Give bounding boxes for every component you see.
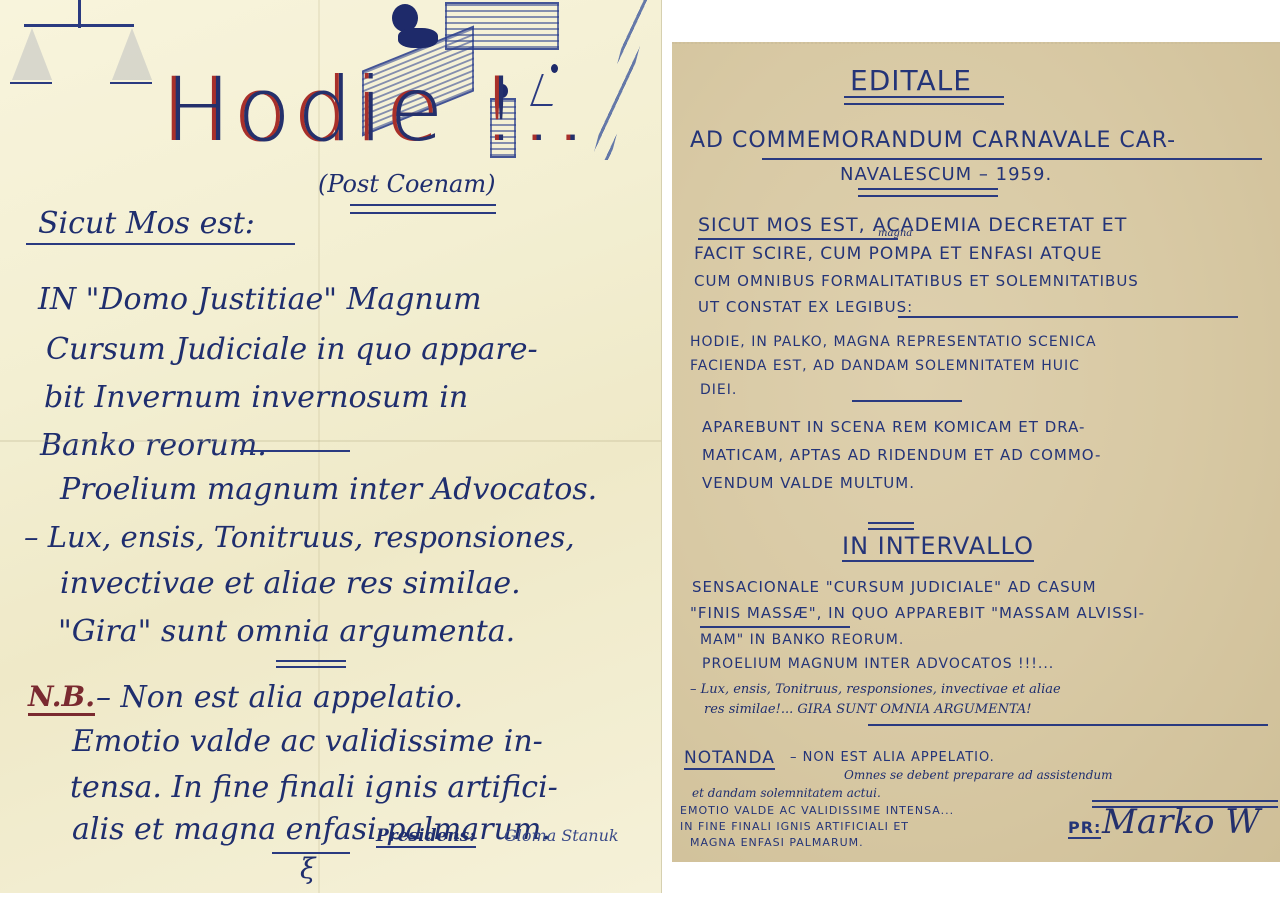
body-line: Banko reorum. [40, 428, 267, 463]
nb-label: N.B. [28, 680, 95, 716]
para1-line: DIEI. [700, 382, 737, 398]
intro-line: FACIT SCIRE, CUM POMPA ET ENFASI ATQUE [694, 244, 1102, 264]
para1-line: FACIENDA EST, AD DANDAM SOLEMNITATEM HUI… [690, 358, 1080, 374]
rule-line [700, 626, 850, 628]
body-line: invectivae et aliae res similae. [60, 566, 521, 601]
body-line: "Gira" sunt omnia argumenta. [58, 614, 515, 649]
president-label: PR: [1068, 818, 1101, 839]
flourish-icon: ξ [300, 852, 315, 885]
body-line: IN "Domo Justitiae" Magnum [38, 282, 482, 317]
right-poster: EDITALE AD COMMEMORANDUM CARNAVALE CAR- … [672, 42, 1280, 862]
poster-title: Hodie !.. [165, 58, 593, 161]
body-line: Proelium magnum inter Advocatos. [60, 472, 597, 507]
para3-line: SENSACIONALE "CURSUM JUDICIALE" AD CASUM [692, 578, 1097, 596]
subtitle-line: NAVALESCUM – 1959. [840, 164, 1052, 185]
intro-line: SICUT MOS EST, ACADEMIA DECRETAT ET [698, 214, 1127, 236]
rule-line [868, 522, 914, 530]
nb-line: alis et magna enfasi palmarum. [72, 812, 551, 847]
rule-line [852, 400, 962, 402]
notanda-line: – NON EST ALIA APPELATIO. [790, 750, 995, 765]
intro-line: UT CONSTAT EX LEGIBUS: [698, 298, 913, 316]
insertion-note: magna [878, 228, 912, 239]
notanda-line: EMOTIO VALDE AC VALIDISSIME INTENSA... [680, 804, 954, 817]
notanda-line: IN FINE FINALI IGNIS ARTIFICIALI ET [680, 820, 909, 833]
chain-drawing-icon [592, 0, 652, 160]
nb-line: – Non est alia appelatio. [96, 680, 463, 715]
editale-title: EDITALE [850, 64, 972, 97]
president-label: Presidens: [376, 826, 476, 848]
para2-line: APAREBUNT IN SCENA REM KOMICAM ET DRA- [702, 418, 1085, 436]
president-signature: Marko W [1102, 802, 1260, 842]
body-line: – Lux, ensis, Tonitruus, responsiones, [24, 520, 575, 554]
notanda-line: et dandam solemnitatem actui. [692, 786, 881, 800]
para3-line: "FINIS MASSÆ", IN QUO APPAREBIT "MASSAM … [690, 604, 1145, 622]
rule-line [698, 238, 898, 240]
title-underline [844, 96, 1004, 105]
rule-line [240, 450, 350, 452]
notanda-line: MAGNA ENFASI PALMARUM. [690, 836, 864, 849]
subtitle-underline [350, 204, 496, 214]
rule-line [762, 158, 1262, 160]
left-poster: Hodie !.. (Post Coenam) Sicut Mos est: I… [0, 0, 662, 893]
notanda-line: Omnes se debent preparare ad assistendum [844, 768, 1112, 782]
para3-line: MAM" IN BANKO REORUM. [700, 632, 904, 648]
para2-line: VENDUM VALDE MULTUM. [702, 474, 915, 492]
para3-line: – Lux, ensis, Tonitruus, responsiones, i… [690, 682, 1061, 697]
poster-subtitle: (Post Coenam) [318, 170, 495, 198]
president-signature: Gloma Stanuk [504, 826, 619, 845]
notanda-label: NOTANDA [684, 748, 775, 770]
body-line: bit Invernum invernosum in [44, 380, 468, 415]
rule-line [276, 660, 346, 668]
rule-line [898, 316, 1238, 318]
body-line: Cursum Judiciale in quo appare- [46, 332, 538, 367]
para1-line: HODIE, IN PALKO, MAGNA REPRESENTATIO SCE… [690, 334, 1097, 350]
nb-line: Emotio valde ac validissime in- [72, 724, 543, 759]
nb-line: tensa. In fine finali ignis artifici- [70, 770, 558, 805]
para2-line: MATICAM, APTAS AD RIDENDUM ET AD COMMO- [702, 446, 1101, 464]
intro-line: CUM OMNIBUS FORMALITATIBUS ET SOLEMNITAT… [694, 272, 1139, 290]
interval-heading: IN INTERVALLO [842, 532, 1034, 562]
rule-line [868, 724, 1268, 726]
subtitle-line: AD COMMEMORANDUM CARNAVALE CAR- [690, 128, 1176, 153]
para3-line: res similae!... GIRA SUNT OMNIA ARGUMENT… [704, 702, 1032, 717]
section-heading: Sicut Mos est: [26, 206, 295, 245]
rule-line [858, 188, 998, 197]
para3-line: PROELIUM MAGNUM INTER ADVOCATOS !!!... [702, 656, 1054, 672]
